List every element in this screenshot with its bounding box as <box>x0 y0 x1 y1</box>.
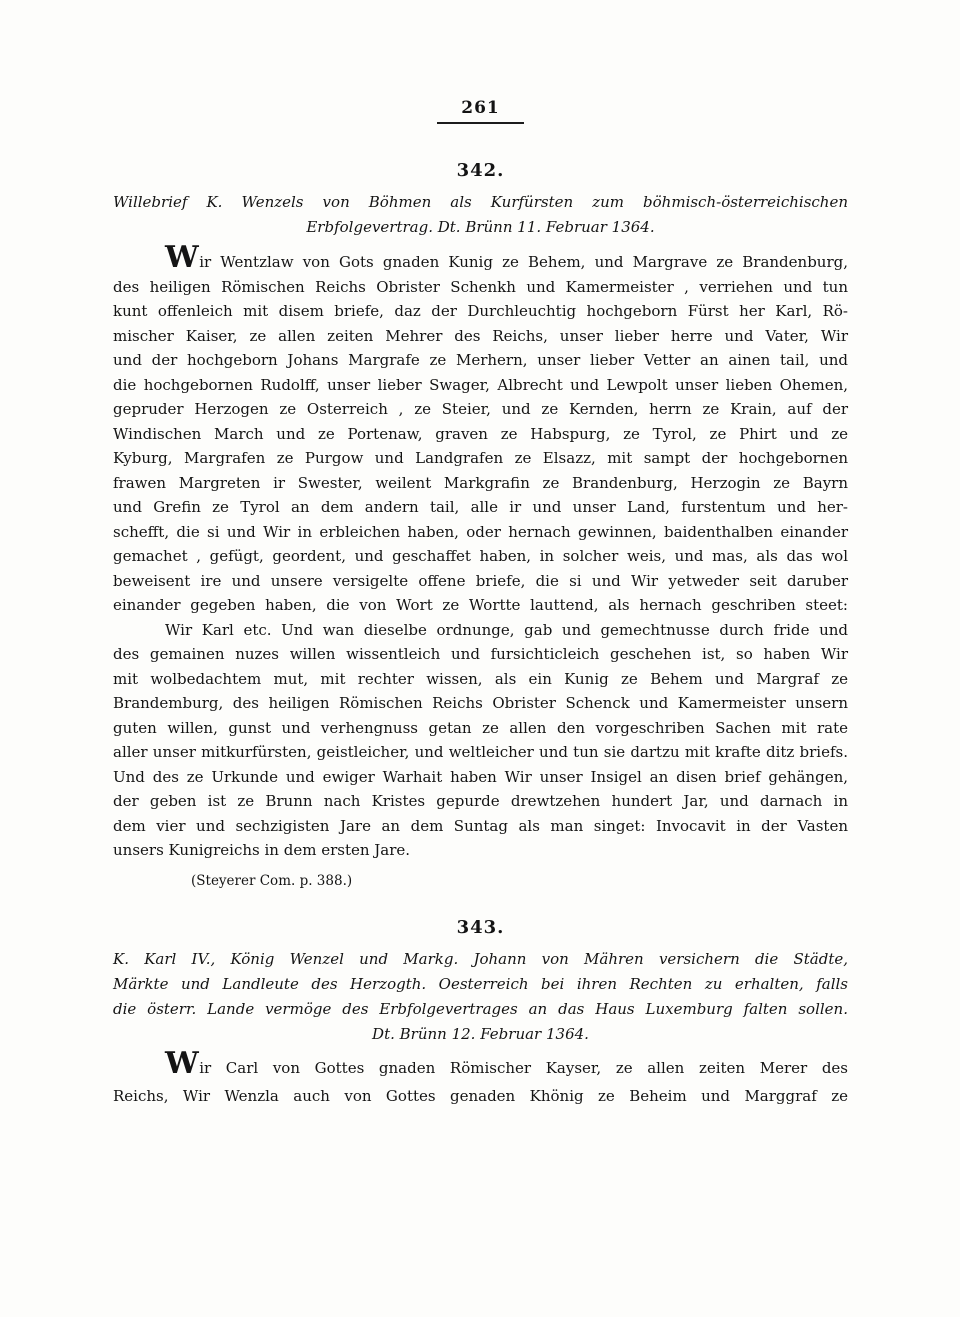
text-line: Windischen March und ze Portenaw, graven… <box>113 422 848 447</box>
text-line: aller unser mitkurfürsten, geistleicher,… <box>113 740 848 765</box>
text-line: schefft, die si und Wir in erbleichen ha… <box>113 520 848 545</box>
drop-cap-initial: W <box>165 1046 199 1081</box>
section-342-paragraph-1: Wir Wentzlaw von Gots gnaden Kunig ze Be… <box>113 250 848 618</box>
text-line: unsers Kunigreichs in dem ersten Jare. <box>113 838 848 863</box>
text-line: und der hochgeborn Johans Margrafe ze Me… <box>113 348 848 373</box>
text-line: des heiligen Römischen Reichs Obrister S… <box>113 275 848 300</box>
text-line: dem vier und sechzigisten Jare an dem Su… <box>113 814 848 839</box>
section-342-citation: (Steyerer Com. p. 388.) <box>191 873 848 889</box>
text-line: die österr. Lande vermöge des Erbfolgeve… <box>113 997 848 1022</box>
text-line: einander gegeben haben, die von Wort ze … <box>113 593 848 618</box>
text-line: der geben ist ze Brunn nach Kristes gepu… <box>113 789 848 814</box>
text-line: gemachet , gefügt, geordent, und geschaf… <box>113 544 848 569</box>
document-page: 261 342. Willebrief K. Wenzels von Böhme… <box>0 0 960 1317</box>
section-343-heading: K. Karl IV., König Wenzel und Markg. Joh… <box>113 947 848 1047</box>
text-line: Willebrief K. Wenzels von Böhmen als Kur… <box>113 190 848 215</box>
text-line: Wir Karl etc. Und wan dieselbe ordnunge,… <box>113 618 848 643</box>
section-343-number: 343. <box>113 917 848 938</box>
drop-cap-initial: W <box>165 240 199 275</box>
text-line: Reichs, Wir Wenzla auch von Gottes genad… <box>113 1082 848 1110</box>
page-number: 261 <box>437 98 524 124</box>
text-line: Und des ze Urkunde und ewiger Warhait ha… <box>113 765 848 790</box>
section-343-paragraph-1: Wir Carl von Gottes gnaden Römischer Kay… <box>113 1054 848 1110</box>
text-line: K. Karl IV., König Wenzel und Markg. Joh… <box>113 947 848 972</box>
text-line: guten willen, gunst und verhengnuss geta… <box>113 716 848 741</box>
text-line: die hochgebornen Rudolff, unser lieber S… <box>113 373 848 398</box>
text-line: Brandemburg, des heiligen Römischen Reic… <box>113 691 848 716</box>
page-number-wrap: 261 <box>113 98 848 124</box>
text-line: beweisent ire und unsere versigelte offe… <box>113 569 848 594</box>
text-line: frawen Margreten ir Swester, weilent Mar… <box>113 471 848 496</box>
text-line: Kyburg, Margrafen ze Purgow und Landgraf… <box>113 446 848 471</box>
text-line: gepruder Herzogen ze Osterreich , ze Ste… <box>113 397 848 422</box>
text-line: Erbfolgevertrag. Dt. Brünn 11. Februar 1… <box>113 215 848 240</box>
text-line: kunt offenleich mit disem briefe, daz de… <box>113 299 848 324</box>
text-line: Märkte und Landleute des Herzogth. Oeste… <box>113 972 848 997</box>
text-line: Wir Carl von Gottes gnaden Römischer Kay… <box>113 1054 848 1082</box>
text-line: des gemainen nuzes willen wissentleich u… <box>113 642 848 667</box>
section-342-number: 342. <box>113 160 848 181</box>
text-line: mit wolbedachtem mut, mit rechter wissen… <box>113 667 848 692</box>
section-342-heading: Willebrief K. Wenzels von Böhmen als Kur… <box>113 190 848 240</box>
text-line: und Grefin ze Tyrol an dem andern tail, … <box>113 495 848 520</box>
section-342-paragraph-2: Wir Karl etc. Und wan dieselbe ordnunge,… <box>113 618 848 863</box>
text-line: Dt. Brünn 12. Februar 1364. <box>113 1022 848 1047</box>
text-line: mischer Kaiser, ze allen zeiten Mehrer d… <box>113 324 848 349</box>
text-line: Wir Wentzlaw von Gots gnaden Kunig ze Be… <box>113 250 848 275</box>
